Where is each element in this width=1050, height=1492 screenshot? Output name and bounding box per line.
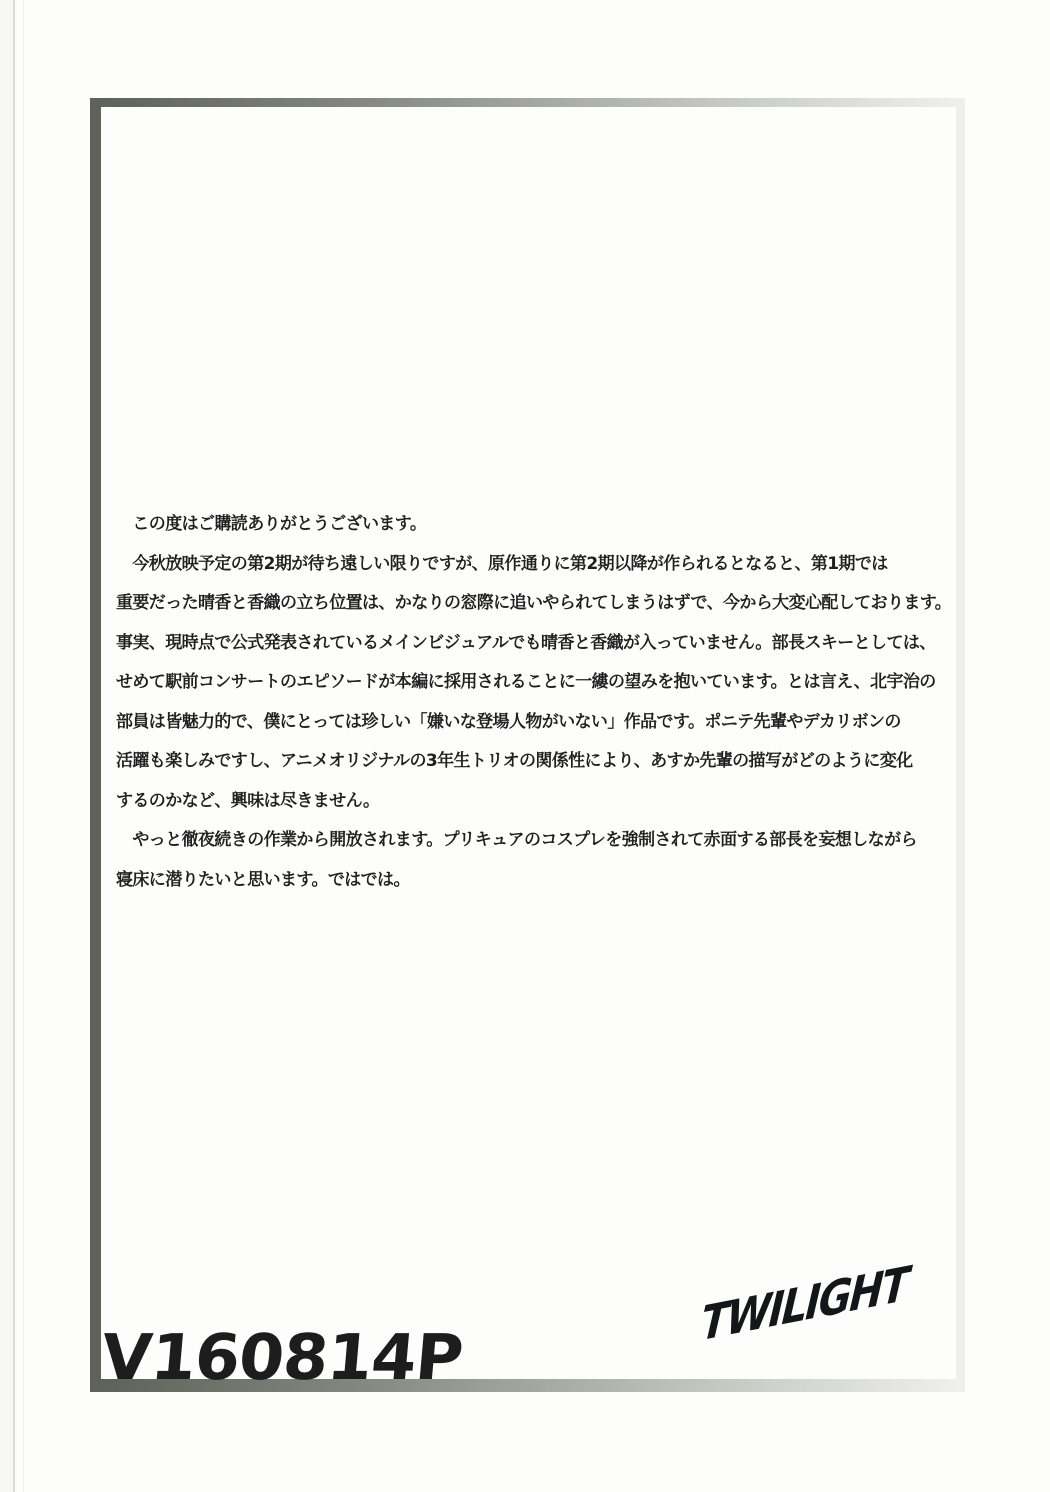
afterword-line-10: 寝床に潜りたいと思います。ではでは。 — [116, 861, 956, 901]
serial-code: V160814P — [99, 1326, 465, 1389]
page-edge-scan-line-secondary — [23, 0, 24, 1492]
scanned-afterword-page: この度はご購読ありがとうございます。 今秋放映予定の第2期が待ち遠しい限りですが… — [0, 0, 1050, 1492]
afterword-line-8: するのかなど、興味は尽きません。 — [116, 782, 956, 822]
afterword-line-7: 活躍も楽しみですし、アニメオリジナルの3年生トリオの関係性により、あすか先輩の描… — [116, 742, 956, 782]
afterword-text-block: この度はご購読ありがとうございます。 今秋放映予定の第2期が待ち遠しい限りですが… — [116, 505, 956, 900]
afterword-line-9: やっと徹夜続きの作業から開放されます。プリキュアのコスプレを強制されて赤面する部… — [116, 821, 956, 861]
afterword-line-2: 今秋放映予定の第2期が待ち遠しい限りですが、原作通りに第2期以降が作られるとなる… — [116, 545, 956, 585]
afterword-line-5: せめて駅前コンサートのエピソードが本編に採用されることに一縷の望みを抱いています… — [116, 663, 956, 703]
afterword-line-6: 部員は皆魅力的で、僕にとっては珍しい「嫌いな登場人物がいない」作品です。ポニテ先… — [116, 703, 956, 743]
page-edge-scan-line — [13, 0, 15, 1492]
afterword-line-4: 事実、現時点で公式発表されているメインビジュアルでも晴香と香織が入っていません。… — [116, 624, 956, 664]
page-edge-margin — [0, 0, 13, 1492]
afterword-line-1: この度はご購読ありがとうございます。 — [116, 505, 956, 545]
afterword-line-3: 重要だった晴香と香織の立ち位置は、かなりの窓際に追いやられてしまうはずで、今から… — [116, 584, 956, 624]
